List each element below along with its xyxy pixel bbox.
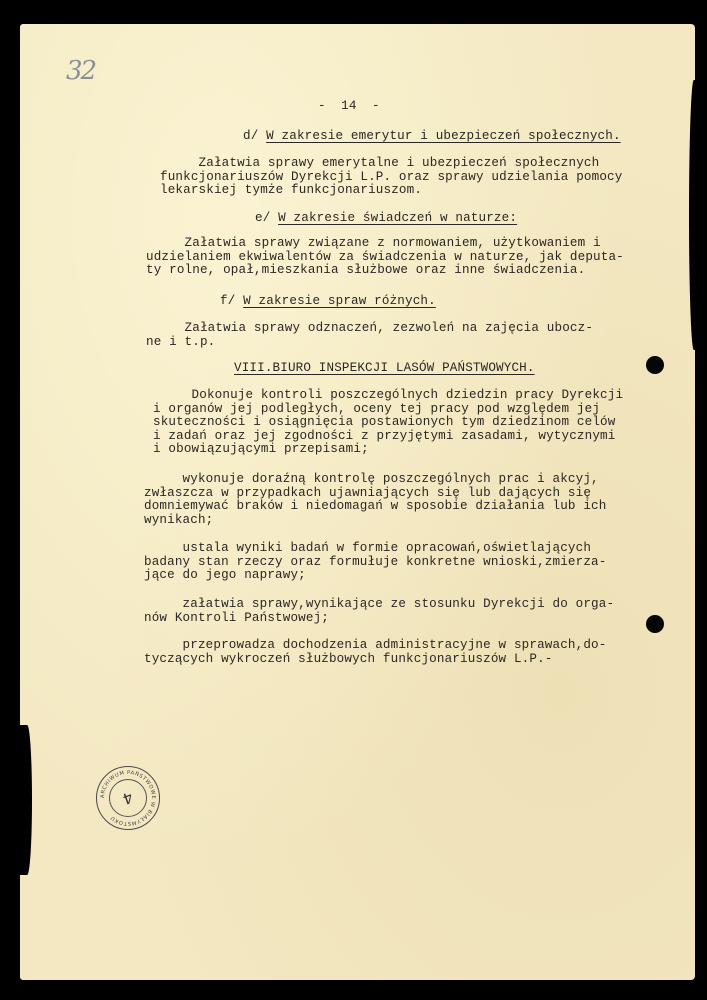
section-e-body: Załatwia sprawy związane z normowaniem, … [146, 237, 624, 278]
torn-edge-right [689, 80, 697, 350]
section-viii-paragraph: ustala wyniki badań w formie opracowań,o… [144, 542, 606, 583]
punch-hole [646, 356, 664, 374]
archive-stamp: ARCHIWUM PAŃSTWOWE W BIAŁYMSTOKU 4 [96, 766, 160, 830]
section-viii-paragraph: wykonuje doraźną kontrolę poszczególnych… [144, 473, 606, 527]
section-f-heading: f/ W zakresie spraw różnych. [220, 295, 436, 309]
stamp-center: 4 [109, 779, 147, 817]
punch-hole [646, 615, 664, 633]
section-d-heading: d/ W zakresie emerytur i ubezpieczeń spo… [243, 130, 621, 144]
section-f-body: Załatwia sprawy odznaczeń, zezwoleń na z… [146, 322, 593, 349]
section-viii-paragraph: załatwia sprawy,wynikające ze stosunku D… [144, 598, 614, 625]
section-viii-paragraph: przeprowadza dochodzenia administracyjne… [144, 639, 606, 666]
pencil-folio-number: 32 [66, 56, 95, 86]
page-number: - 14 - [318, 100, 380, 114]
stamp-number: 4 [120, 788, 135, 808]
section-d-body: Załatwia sprawy emerytalne i ubezpieczeń… [160, 157, 622, 198]
torn-edge-left [20, 725, 32, 875]
section-viii-heading: VIII.BIURO INSPEKCJI LASÓW PAŃSTWOWYCH. [234, 362, 535, 376]
section-viii-paragraph: Dokonuje kontroli poszczególnych dziedzi… [153, 389, 623, 457]
section-e-heading: e/ W zakresie świadczeń w naturze: [255, 212, 517, 226]
